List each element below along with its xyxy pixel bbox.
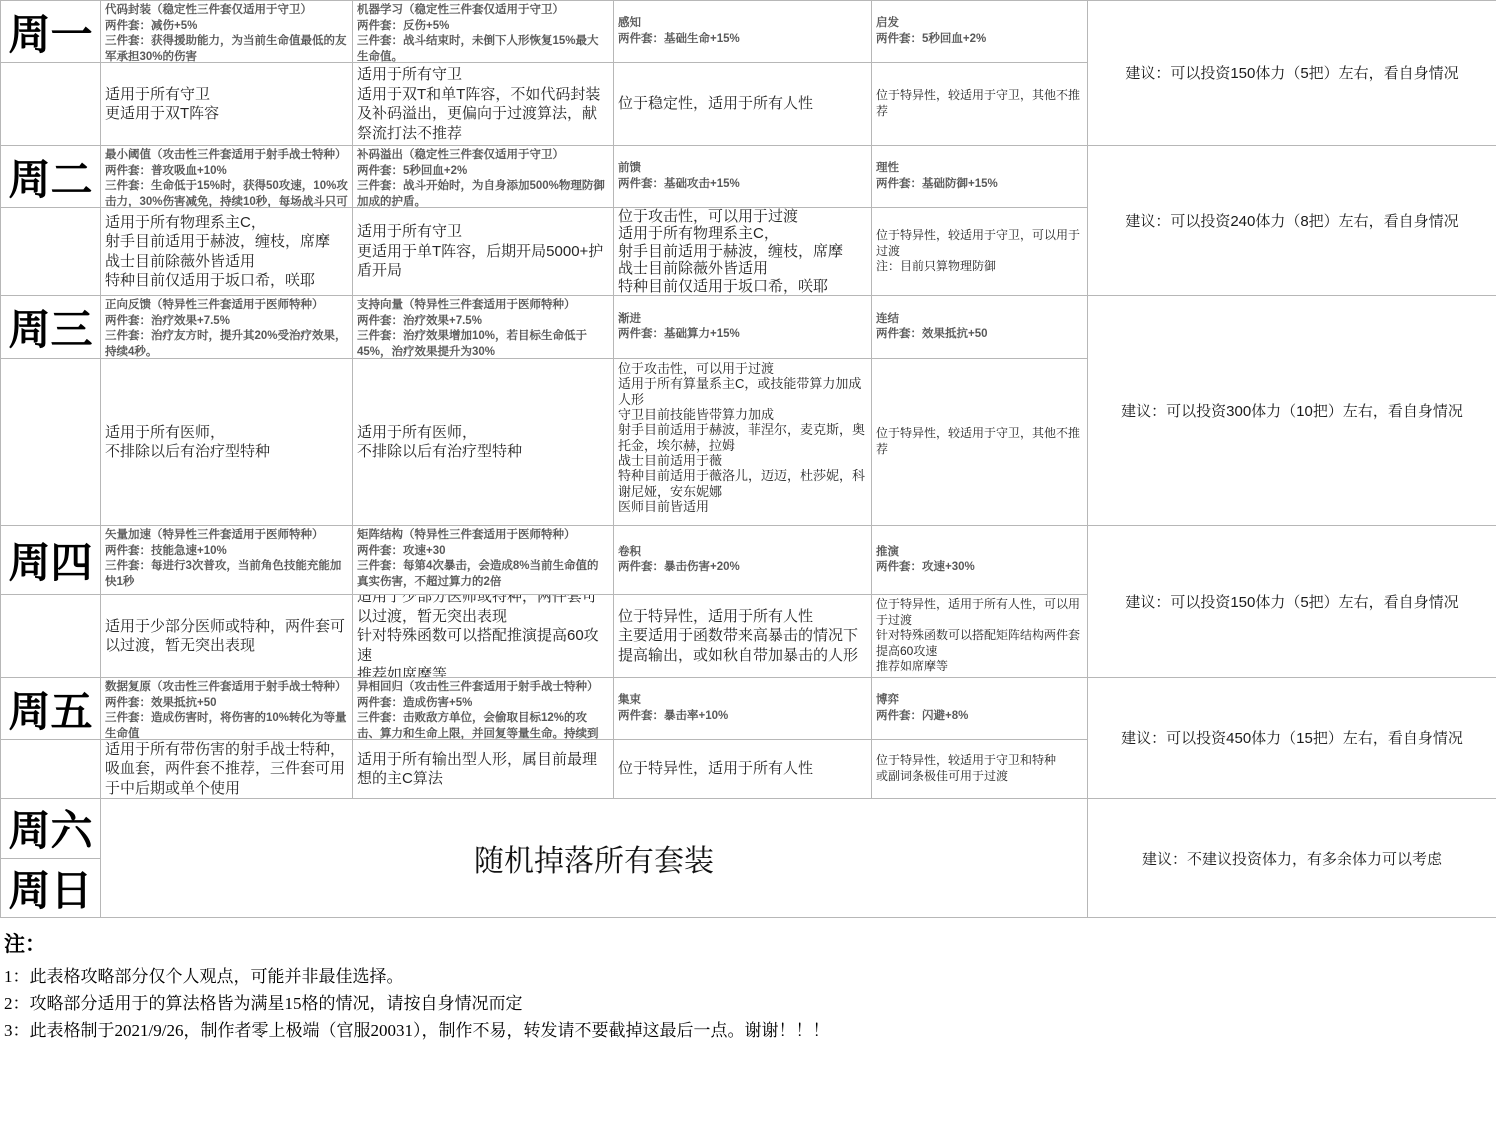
- set-desc: 适用于少部分医师或特种，两件套可以过渡，暂无突出表现 针对特殊函数可以搭配推演提…: [353, 595, 613, 677]
- day-cell: 周五: [1, 678, 101, 740]
- set-header: 数据复原（攻击性三件套适用于射手战士特种） 两件套：效果抵抗+50 三件套：造成…: [101, 678, 352, 739]
- weekend-drop-note: 随机掉落所有套装: [101, 799, 1087, 917]
- set-header: 感知 两件套：基础生命+15%: [614, 1, 871, 62]
- day-cell: 周六: [1, 799, 101, 859]
- set-cell: 前馈 两件套：基础攻击+15%: [614, 146, 872, 208]
- desc-cell: 适用于所有守卫 适用于双T和单T阵容，不如代码封装及补码溢出，更偏向于过渡算法，…: [353, 63, 614, 146]
- set-desc: 位于特异性，较适用于守卫，可以用于过渡 注：目前只算物理防御: [872, 208, 1087, 295]
- set-header: 异相回归（攻击性三件套适用于射手战士特种） 两件套：造成伤害+5% 三件套：击败…: [353, 678, 613, 739]
- set-cell: 渐进 两件套：基础算力+15%: [614, 296, 872, 359]
- advice-cell: 建议：可以投资150体力（5把）左右，看自身情况: [1088, 526, 1496, 678]
- set-cell: 卷积 两件套：暴击伤害+20%: [614, 526, 872, 595]
- day-cell: 周日: [1, 858, 101, 918]
- desc-cell: 位于特异性，适用于所有人性，可以用于过渡 针对特殊函数可以搭配矩阵结构两件套提高…: [872, 595, 1088, 678]
- set-header: 理性 两件套：基础防御+15%: [872, 146, 1087, 207]
- note-line: 2：攻略部分适用于的算法格皆为满星15格的情况，请按自身情况而定: [4, 990, 1492, 1017]
- weekend-drop-cell: 随机掉落所有套装: [101, 799, 1088, 918]
- day-cell: 周四: [1, 526, 101, 595]
- set-header: 正向反馈（特异性三件套适用于医师特种） 两件套：治疗效果+7.5% 三件套：治疗…: [101, 296, 352, 358]
- desc-cell: 适用于所有带伤害的射手战士特种，吸血套，两件套不推荐，三件套可用于中后期或单个使…: [101, 740, 353, 799]
- weekly-set-table: 周一 代码封装（稳定性三件套仅适用于守卫） 两件套：减伤+5% 三件套：获得援助…: [0, 0, 1496, 918]
- set-desc: 适用于所有守卫 更适用于双T阵容: [101, 63, 352, 145]
- set-header: 集束 两件套：暴击率+10%: [614, 678, 871, 739]
- set-desc: 位于特异性，适用于所有人性，可以用于过渡 针对特殊函数可以搭配矩阵结构两件套提高…: [872, 595, 1087, 677]
- set-cell: 最小阈值（攻击性三件套适用于射手战士特种） 两件套：普攻吸血+10% 三件套：生…: [101, 146, 353, 208]
- day-cell: 周三: [1, 296, 101, 359]
- set-desc: 适用于所有医师， 不排除以后有治疗型特种: [101, 359, 352, 525]
- day-cell: 周一: [1, 1, 101, 63]
- set-cell: 博弈 两件套：闪避+8%: [872, 678, 1088, 740]
- advice-text: 建议：可以投资240体力（8把）左右，看自身情况: [1088, 146, 1496, 294]
- notes-section: 注： 1：此表格攻略部分仅个人观点，可能并非最佳选择。 2：攻略部分适用于的算法…: [0, 918, 1496, 1044]
- set-cell: 矩阵结构（特异性三件套适用于医师特种） 两件套：攻速+30 三件套：每第4次暴击…: [353, 526, 614, 595]
- set-cell: 正向反馈（特异性三件套适用于医师特种） 两件套：治疗效果+7.5% 三件套：治疗…: [101, 296, 353, 359]
- day-label: 周一: [1, 1, 100, 62]
- day-filler-cell: [1, 595, 101, 678]
- set-desc: 位于特异性，适用于所有人性 主要适用于函数带来高暴击的情况下提高输出，或如秋自带…: [614, 595, 871, 677]
- advice-text: 建议：可以投资450体力（15把）左右，看自身情况: [1088, 678, 1496, 797]
- desc-cell: 位于特异性，较适用于守卫和特种 或副词条极佳可用于过渡: [872, 740, 1088, 799]
- day-label: 周三: [1, 296, 100, 358]
- set-desc: 适用于所有守卫 更适用于单T阵容，后期开局5000+护盾开局: [353, 208, 613, 295]
- desc-cell: 位于攻击性，可以用于过渡 适用于所有物理系主C， 射手目前适用于赫波，缠枝，席摩…: [614, 208, 872, 296]
- set-header: 机器学习（稳定性三件套仅适用于守卫） 两件套：反伤+5% 三件套：战斗结束时，未…: [353, 1, 613, 62]
- day-cell: 周二: [1, 146, 101, 208]
- advice-cell: 建议：可以投资300体力（10把）左右，看自身情况: [1088, 296, 1496, 526]
- desc-cell: 适用于少部分医师或特种，两件套可以过渡，暂无突出表现 针对特殊函数可以搭配推演提…: [353, 595, 614, 678]
- set-header: 启发 两件套：5秒回血+2%: [872, 1, 1087, 62]
- set-cell: 补码溢出（稳定性三件套仅适用于守卫） 两件套：5秒回血+2% 三件套：战斗开始时…: [353, 146, 614, 208]
- set-header: 推演 两件套：攻速+30%: [872, 526, 1087, 594]
- set-header: 连结 两件套：效果抵抗+50: [872, 296, 1087, 358]
- set-header: 矩阵结构（特异性三件套适用于医师特种） 两件套：攻速+30 三件套：每第4次暴击…: [353, 526, 613, 594]
- set-desc: 位于攻击性，可以用于过渡 适用于所有物理系主C， 射手目前适用于赫波，缠枝，席摩…: [614, 208, 871, 295]
- set-cell: 异相回归（攻击性三件套适用于射手战士特种） 两件套：造成伤害+5% 三件套：击败…: [353, 678, 614, 740]
- advice-cell: 建议：可以投资450体力（15把）左右，看自身情况: [1088, 678, 1496, 799]
- desc-cell: 适用于所有守卫 更适用于单T阵容，后期开局5000+护盾开局: [353, 208, 614, 296]
- day-label: 周二: [1, 146, 100, 207]
- set-desc: 位于稳定性，适用于所有人性: [614, 63, 871, 145]
- desc-cell: 位于稳定性，适用于所有人性: [614, 63, 872, 146]
- day-label: 周五: [1, 678, 100, 739]
- advice-cell: 建议：可以投资150体力（5把）左右，看自身情况: [1088, 1, 1496, 146]
- set-header: 支持向量（特异性三件套适用于医师特种） 两件套：治疗效果+7.5% 三件套：治疗…: [353, 296, 613, 358]
- day-label: 周日: [1, 859, 100, 917]
- set-cell: 集束 两件套：暴击率+10%: [614, 678, 872, 740]
- set-desc: 适用于所有医师， 不排除以后有治疗型特种: [353, 359, 613, 525]
- set-cell: 理性 两件套：基础防御+15%: [872, 146, 1088, 208]
- set-cell: 机器学习（稳定性三件套仅适用于守卫） 两件套：反伤+5% 三件套：战斗结束时，未…: [353, 1, 614, 63]
- desc-cell: 适用于所有输出型人形，属目前最理想的主C算法: [353, 740, 614, 799]
- set-desc: 位于特异性，适用于所有人性: [614, 740, 871, 798]
- set-header: 矢量加速（特异性三件套适用于医师特种） 两件套：技能急速+10% 三件套：每进行…: [101, 526, 352, 594]
- set-desc: 适用于所有守卫 适用于双T和单T阵容，不如代码封装及补码溢出，更偏向于过渡算法，…: [353, 63, 613, 145]
- desc-cell: 位于特异性，较适用于守卫，其他不推荐: [872, 63, 1088, 146]
- set-header: 代码封装（稳定性三件套仅适用于守卫） 两件套：减伤+5% 三件套：获得援助能力，…: [101, 1, 352, 62]
- desc-cell: 位于特异性，较适用于守卫，其他不推荐: [872, 359, 1088, 526]
- desc-cell: 位于特异性，较适用于守卫，可以用于过渡 注：目前只算物理防御: [872, 208, 1088, 296]
- set-desc: 位于特异性，较适用于守卫，其他不推荐: [872, 359, 1087, 525]
- set-cell: 连结 两件套：效果抵抗+50: [872, 296, 1088, 359]
- set-header: 前馈 两件套：基础攻击+15%: [614, 146, 871, 207]
- set-desc: 位于特异性，较适用于守卫，其他不推荐: [872, 63, 1087, 145]
- set-cell: 代码封装（稳定性三件套仅适用于守卫） 两件套：减伤+5% 三件套：获得援助能力，…: [101, 1, 353, 63]
- set-desc: 适用于所有带伤害的射手战士特种，吸血套，两件套不推荐，三件套可用于中后期或单个使…: [101, 740, 352, 798]
- desc-cell: 位于攻击性，可以用于过渡 适用于所有算量系主C，或技能带算力加成人形 守卫目前技…: [614, 359, 872, 526]
- day-filler-cell: [1, 63, 101, 146]
- note-line: 1：此表格攻略部分仅个人观点，可能并非最佳选择。: [4, 963, 1492, 990]
- day-filler-cell: [1, 208, 101, 296]
- set-header: 渐进 两件套：基础算力+15%: [614, 296, 871, 358]
- desc-cell: 位于特异性，适用于所有人性 主要适用于函数带来高暴击的情况下提高输出，或如秋自带…: [614, 595, 872, 678]
- desc-cell: 适用于所有医师， 不排除以后有治疗型特种: [353, 359, 614, 526]
- day-filler-cell: [1, 359, 101, 526]
- set-header: 最小阈值（攻击性三件套适用于射手战士特种） 两件套：普攻吸血+10% 三件套：生…: [101, 146, 352, 207]
- set-desc: 位于特异性，较适用于守卫和特种 或副词条极佳可用于过渡: [872, 740, 1087, 798]
- set-desc: 适用于所有物理系主C， 射手目前适用于赫波，缠枝，席摩 战士目前除薇外皆适用 特…: [101, 208, 352, 295]
- desc-cell: 位于特异性，适用于所有人性: [614, 740, 872, 799]
- desc-cell: 适用于所有医师， 不排除以后有治疗型特种: [101, 359, 353, 526]
- set-header: 补码溢出（稳定性三件套仅适用于守卫） 两件套：5秒回血+2% 三件套：战斗开始时…: [353, 146, 613, 207]
- set-cell: 矢量加速（特异性三件套适用于医师特种） 两件套：技能急速+10% 三件套：每进行…: [101, 526, 353, 595]
- advice-text: 建议：不建议投资体力，有多余体力可以考虑: [1088, 799, 1496, 917]
- desc-cell: 适用于少部分医师或特种，两件套可以过渡，暂无突出表现: [101, 595, 353, 678]
- notes-title: 注：: [4, 928, 1492, 958]
- day-label: 周四: [1, 526, 100, 594]
- advice-text: 建议：可以投资150体力（5把）左右，看自身情况: [1088, 1, 1496, 144]
- set-cell: 启发 两件套：5秒回血+2%: [872, 1, 1088, 63]
- day-label: 周六: [1, 799, 100, 857]
- advice-cell: 建议：可以投资240体力（8把）左右，看自身情况: [1088, 146, 1496, 296]
- set-desc: 适用于所有输出型人形，属目前最理想的主C算法: [353, 740, 613, 798]
- advice-text: 建议：可以投资150体力（5把）左右，看自身情况: [1088, 526, 1496, 676]
- advice-text: 建议：可以投资300体力（10把）左右，看自身情况: [1088, 296, 1496, 525]
- set-header: 卷积 两件套：暴击伤害+20%: [614, 526, 871, 594]
- desc-cell: 适用于所有物理系主C， 射手目前适用于赫波，缠枝，席摩 战士目前除薇外皆适用 特…: [101, 208, 353, 296]
- day-filler-cell: [1, 740, 101, 799]
- desc-cell: 适用于所有守卫 更适用于双T阵容: [101, 63, 353, 146]
- set-cell: 感知 两件套：基础生命+15%: [614, 1, 872, 63]
- set-desc: 适用于少部分医师或特种，两件套可以过渡，暂无突出表现: [101, 595, 352, 677]
- set-desc: 位于攻击性，可以用于过渡 适用于所有算量系主C，或技能带算力加成人形 守卫目前技…: [614, 359, 871, 525]
- set-header: 博弈 两件套：闪避+8%: [872, 678, 1087, 739]
- set-cell: 数据复原（攻击性三件套适用于射手战士特种） 两件套：效果抵抗+50 三件套：造成…: [101, 678, 353, 740]
- advice-cell: 建议：不建议投资体力，有多余体力可以考虑: [1088, 799, 1496, 918]
- set-cell: 支持向量（特异性三件套适用于医师特种） 两件套：治疗效果+7.5% 三件套：治疗…: [353, 296, 614, 359]
- note-line: 3：此表格制于2021/9/26，制作者零上极端（官服20031），制作不易，转…: [4, 1017, 1492, 1044]
- set-cell: 推演 两件套：攻速+30%: [872, 526, 1088, 595]
